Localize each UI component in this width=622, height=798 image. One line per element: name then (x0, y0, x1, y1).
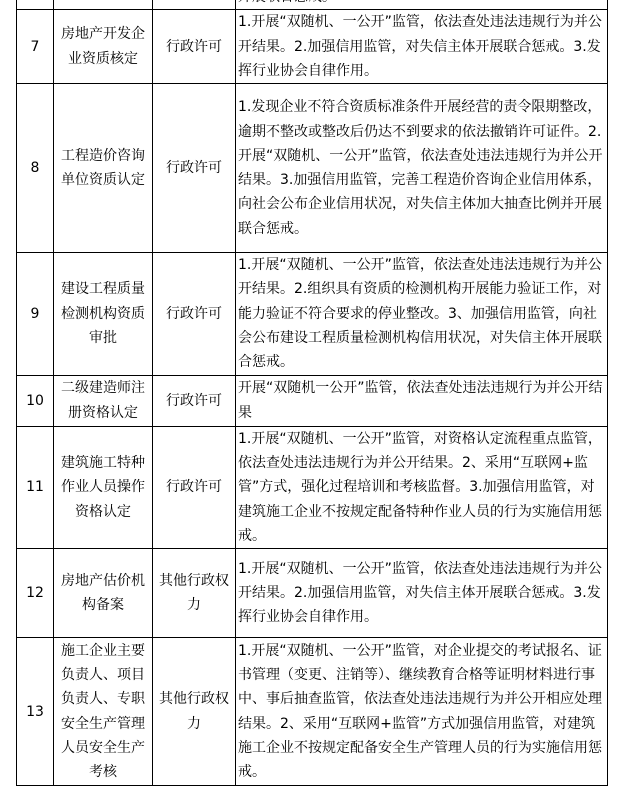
table-row: 10 二级建造师注册资格认定 行政许可 开展“双随机一公开”监管，依法查处违法违… (17, 375, 608, 426)
supervision-measures: 1.开展“双随机、一公开”监管，依法查处违法违规行为并公开结果。2.加强信用监管… (236, 10, 608, 84)
row-number: 12 (17, 549, 54, 638)
power-type: 行政许可 (153, 375, 236, 426)
row-number: 13 (17, 638, 54, 786)
item-name: 建筑施工特种作业人员操作资格认定 (54, 426, 153, 548)
regulatory-measures-table: 开展联合惩戒。 7 房地产开发企业资质核定 行政许可 1.开展“双随机、一公开”… (16, 0, 608, 786)
item-name (54, 0, 153, 10)
item-name: 房地产估价机构备案 (54, 549, 153, 638)
table-row: 13 施工企业主要负责人、项目负责人、专职安全生产管理人员安全生产考核 其他行政… (17, 638, 608, 786)
item-name: 建设工程质量检测机构资质审批 (54, 253, 153, 375)
row-number: 7 (17, 10, 54, 84)
table-row: 12 房地产估价机构备案 其他行政权力 1.开展“双随机、一公开”监管，依法查处… (17, 549, 608, 638)
table-row: 开展联合惩戒。 (17, 0, 608, 10)
power-type: 行政许可 (153, 10, 236, 84)
table-row: 11 建筑施工特种作业人员操作资格认定 行政许可 1.开展“双随机、一公开”监管… (17, 426, 608, 548)
supervision-measures: 1.开展“双随机、一公开”监管，依法查处违法违规行为并公开结果。2.加强信用监管… (236, 549, 608, 638)
power-type (153, 0, 236, 10)
supervision-measures: 1.开展“双随机、一公开”监管，对资格认定流程重点监管，依法查处违法违规行为并公… (236, 426, 608, 548)
table-row: 9 建设工程质量检测机构资质审批 行政许可 1.开展“双随机、一公开”监管，依法… (17, 253, 608, 375)
power-type: 行政许可 (153, 84, 236, 253)
supervision-measures: 1.开展“双随机、一公开”监管，对企业提交的考试报名、证书管理（变更、注销等）、… (236, 638, 608, 786)
item-name: 房地产开发企业资质核定 (54, 10, 153, 84)
supervision-measures: 开展“双随机一公开”监管，依法查处违法违规行为并公开结果 (236, 375, 608, 426)
row-number: 10 (17, 375, 54, 426)
power-type: 行政许可 (153, 426, 236, 548)
power-type: 其他行政权力 (153, 549, 236, 638)
row-number: 8 (17, 84, 54, 253)
power-type: 其他行政权力 (153, 638, 236, 786)
table-row: 7 房地产开发企业资质核定 行政许可 1.开展“双随机、一公开”监管，依法查处违… (17, 10, 608, 84)
row-number (17, 0, 54, 10)
row-number: 11 (17, 426, 54, 548)
supervision-measures: 1.发现企业不符合资质标准条件开展经营的责令限期整改，逾期不整改或整改后仍达不到… (236, 84, 608, 253)
supervision-measures: 开展联合惩戒。 (236, 0, 608, 10)
item-name: 二级建造师注册资格认定 (54, 375, 153, 426)
row-number: 9 (17, 253, 54, 375)
table-row: 8 工程造价咨询单位资质认定 行政许可 1.发现企业不符合资质标准条件开展经营的… (17, 84, 608, 253)
power-type: 行政许可 (153, 253, 236, 375)
item-name: 工程造价咨询单位资质认定 (54, 84, 153, 253)
supervision-measures: 1.开展“双随机、一公开”监管，依法查处违法违规行为并公开结果。2.组织具有资质… (236, 253, 608, 375)
item-name: 施工企业主要负责人、项目负责人、专职安全生产管理人员安全生产考核 (54, 638, 153, 786)
